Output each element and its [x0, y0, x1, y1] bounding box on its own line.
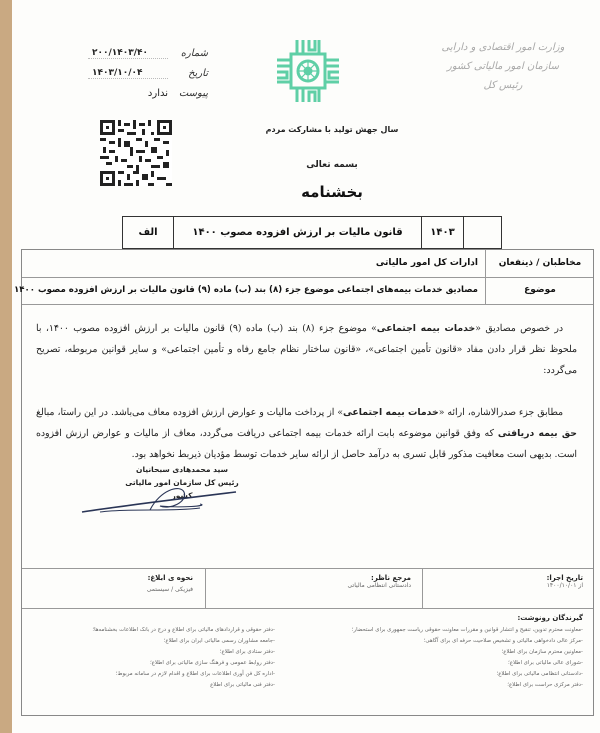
bismillah: بسمه تعالی [232, 160, 432, 170]
bold-term: حق بیمه دریافتی [498, 428, 577, 439]
cc-recipients-label: گیرندگان رونوشت: [517, 614, 583, 622]
classification-empty-cell [463, 217, 501, 248]
ministry-line-3: رئیس کل [428, 76, 578, 95]
subject-value: مصادیق خدمات بیمه‌های اجتماعی موضوع جزء … [14, 285, 478, 295]
supervisory-authority-label: مرجع ناظر: [348, 574, 411, 582]
divider [22, 608, 593, 609]
number-value: ۲۰۰/۱۴۰۳/۴۰ [88, 48, 168, 59]
notification-method-value: فیزیکی / سیستمی [147, 586, 193, 593]
cc-item: -دفتر روابط عمومی و فرهنگ سازی مالیاتی ب… [92, 658, 275, 669]
cc-item: -مرکز عالی دادخواهی مالیاتی و تشخیص صلاح… [352, 636, 583, 647]
document-type-title: بخشنامه [232, 183, 432, 201]
date-value: ۱۴۰۳/۱۰/۰۴ [88, 68, 168, 79]
classification-law-title: قانون مالیات بر ارزش افزوده مصوب ۱۴۰۰ [173, 217, 421, 248]
cc-item: -شورای عالی مالیاتی برای اطلاع؛ [352, 658, 583, 669]
supervisory-authority-cell: مرجع ناظر: دادستانی انتظامی مالیاتی [348, 574, 411, 589]
cc-item: -دفتر ستادی برای اطلاع؛ [92, 647, 275, 658]
attachment-row: پیوست ندارد [88, 84, 208, 102]
date-label: تاریخ [168, 68, 208, 79]
number-row: شماره ۲۰۰/۱۴۰۳/۴۰ [88, 44, 208, 62]
execution-date-cell: تاریخ اجرا: از ۱۴۰۰/۱۰/۰۱ [547, 574, 583, 589]
cc-recipients-left: -دفتر حقوقی و قراردادهای مالیاتی برای اط… [92, 625, 275, 691]
execution-date-label: تاریخ اجرا: [547, 574, 583, 582]
divider [205, 568, 206, 608]
document-page: شماره ۲۰۰/۱۴۰۳/۴۰ تاریخ ۱۴۰۳/۱۰/۰۴ پیوست… [12, 0, 600, 733]
notification-method-label: نحوه ی ابلاغ: [147, 574, 193, 582]
subject-label: موضوع [486, 285, 594, 295]
cc-item: -معاونین محترم سازمان برای اطلاع؛ [352, 647, 583, 658]
attachment-label: پیوست [168, 88, 208, 99]
qr-code-icon[interactable] [100, 120, 172, 186]
attachment-value: ندارد [88, 88, 168, 99]
execution-date-value: از ۱۴۰۰/۱۰/۰۱ [547, 582, 583, 589]
number-label: شماره [168, 48, 208, 59]
divider [22, 277, 593, 278]
divider [22, 568, 593, 569]
ministry-line-1: وزارت امور اقتصادی و دارایی [428, 38, 578, 57]
cc-item: -اداره کل فن آوری اطلاعات برای اطلاع و ا… [92, 669, 275, 680]
bold-term: خدمات بیمه اجتماعی [377, 323, 475, 334]
supervisory-authority-value: دادستانی انتظامی مالیاتی [348, 582, 411, 589]
main-frame: مخاطبان / ذینفعان ادارات کل امور مالیاتی… [21, 249, 594, 716]
date-row: تاریخ ۱۴۰۳/۱۰/۰۴ [88, 64, 208, 82]
bold-term: خدمات بیمه اجتماعی [343, 407, 439, 418]
cc-item: -دادستانی انتظامی مالیاتی برای اطلاع؛ [352, 669, 583, 680]
divider [422, 568, 423, 608]
body-paragraph-2: مطابق جزء صدرالاشاره، ارائه «خدمات بیمه … [36, 402, 577, 465]
tax-organization-logo-icon [273, 36, 343, 106]
classification-box: ۱۴۰۳ قانون مالیات بر ارزش افزوده مصوب ۱۴… [122, 216, 502, 249]
classification-code: الف [123, 217, 173, 248]
cc-item: -معاونت محترم تدوین، تنقیح و انتشار قوان… [352, 625, 583, 636]
cc-item: -دفتر فنی مالیاتی برای اطلاع [92, 680, 275, 691]
year-slogan: سال جهش تولید با مشارکت مردم [232, 125, 432, 134]
divider [22, 304, 593, 305]
signatory-name: سید محمدهادی سبحانیان [122, 463, 242, 476]
notification-method-cell: نحوه ی ابلاغ: فیزیکی / سیستمی [147, 574, 193, 593]
recipients-value: ادارات کل امور مالیاتی [376, 258, 478, 268]
ministry-header: وزارت امور اقتصادی و دارایی سازمان امور … [428, 38, 578, 95]
cc-item: -جامعه مشاوران رسمی مالیاتی ایران برای ا… [92, 636, 275, 647]
handwritten-signature-icon [80, 482, 240, 516]
cc-recipients-right: -معاونت محترم تدوین، تنقیح و انتشار قوان… [352, 625, 583, 691]
body-paragraph-1: در خصوص مصادیق «خدمات بیمه اجتماعی» موضو… [36, 318, 577, 381]
cc-item: -دفتر مرکزی حراست برای اطلاع؛ [352, 680, 583, 691]
classification-year: ۱۴۰۳ [421, 217, 463, 248]
cc-item: -دفتر حقوقی و قراردادهای مالیاتی برای اط… [92, 625, 275, 636]
recipients-label: مخاطبان / ذینفعان [486, 258, 594, 268]
ministry-line-2: سازمان امور مالیاتی کشور [428, 57, 578, 76]
